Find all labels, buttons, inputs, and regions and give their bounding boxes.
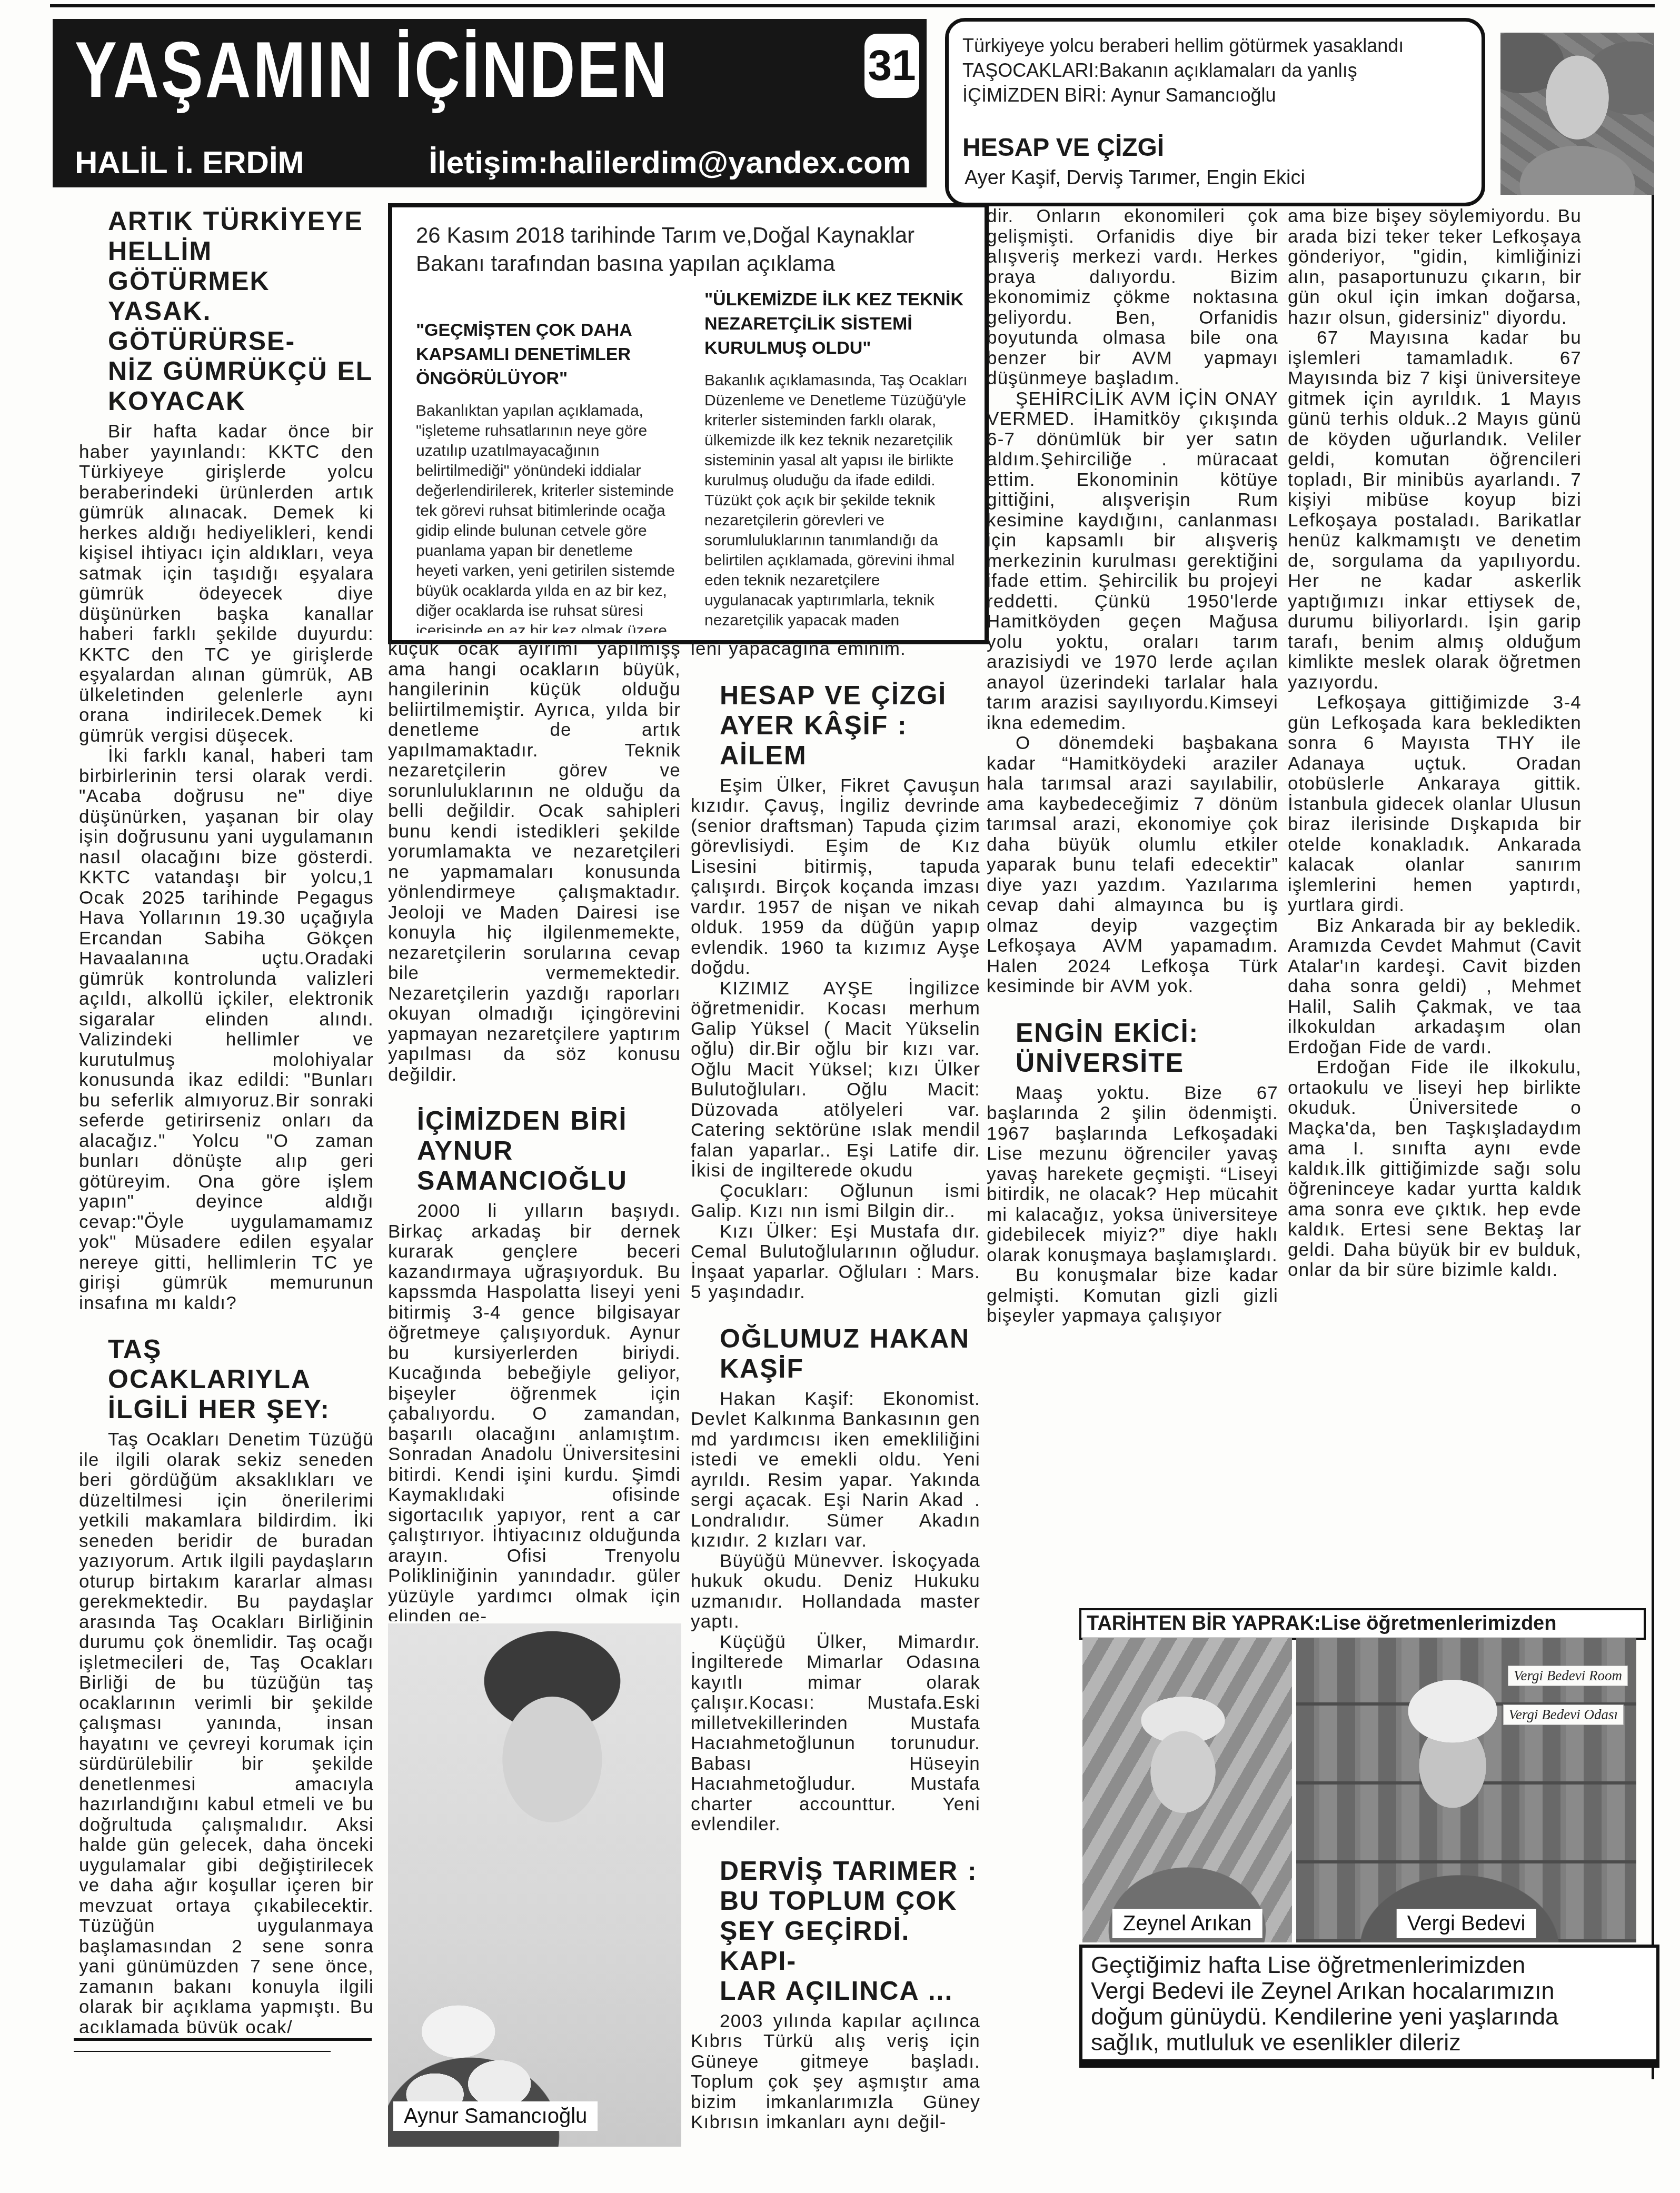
column-3: leni yapacağına eminim.HESAP VE ÇİZGİ AY…	[691, 639, 980, 2193]
press-release-body: Bakanlıktan yapılan açıklamada, "işletem…	[416, 401, 679, 633]
headline-box: Türkiyeye yolcu beraberi hellim götürmek…	[945, 18, 1485, 206]
headline-line: İÇİMİZDEN BİRİ: Aynur Samancıoğlu	[962, 83, 1276, 107]
contact-email: İletişim:halilerdim@yandex.com	[429, 144, 911, 181]
headline-line: TAŞOCAKLARI:Bakanın açıklamaları da yanl…	[962, 58, 1357, 83]
section-heading: ARTIK TÜRKİYEYE HELLİM GÖTÜRMEK YASAK. G…	[79, 206, 374, 416]
paragraph: Lefkoşaya gittiğimizde 3-4 gün Lefkoşada…	[1288, 693, 1582, 916]
tarihten-heading: TARİHTEN BİR YAPRAK:Lise öğretmenlerimiz…	[1079, 1608, 1646, 1640]
page-title: YAŞAMIN İÇİNDEN	[75, 24, 669, 115]
column-end-rule	[74, 2051, 331, 2052]
paragraph: Taş Ocakları Denetim Tüzüğü ile ilgili o…	[79, 1430, 374, 2033]
section-heading: OĞLUMUZ HAKAN KAŞİF	[691, 1324, 980, 1384]
paragraph: ama bize bişey söylemiyordu. Bu arada bi…	[1288, 206, 1582, 328]
headline-line: Türkiyeye yolcu beraberi hellim götürmek…	[962, 33, 1404, 58]
paragraph: Hakan Kaşif: Ekonomist. Devlet Kalkınma …	[691, 1389, 980, 1551]
photo-caption: Vergi Bedevi	[1397, 1909, 1536, 1938]
paragraph: leni yapacağına eminim.	[691, 639, 980, 660]
paragraph: Çocukları: Oğlunun ismi Galip. Kızı nın …	[691, 1181, 980, 1222]
zeynel-arikan-photo: Zeynel Arıkan	[1082, 1638, 1292, 1942]
author-name: HALİL İ. ERDİM	[75, 144, 304, 181]
tarihten-caption: Geçtiğimiz hafta Lise öğretmenlerimizden…	[1079, 1945, 1659, 2068]
program-authors: Ayer Kaşif, Derviş Tarımer, Engin Ekici	[965, 167, 1305, 190]
paragraph: Erdoğan Fide ile ilkokulu, ortaokulu ve …	[1288, 1058, 1582, 1281]
paragraph: Kızı Ülker: Eşi Mustafa dır. Cemal Bulut…	[691, 1222, 980, 1303]
paragraph: 2003 yılında kapılar açılınca Kıbrıs Tür…	[691, 2011, 980, 2133]
column-5: ama bize bişey söylemiyordu. Bu arada bi…	[1288, 206, 1582, 1612]
paragraph: Küçüğü Ülker, Mimardır. İngilterede Mima…	[691, 1632, 980, 1835]
columnist-portrait-photo	[1500, 33, 1654, 195]
paragraph: küçük ocak ayırımı yapılmışş ama hangi o…	[388, 639, 681, 1085]
top-rule	[50, 4, 1655, 7]
paragraph: Büyüğü Münevver. İskoçyada hukuk okudu. …	[691, 1551, 980, 1632]
section-heading: DERVİŞ TARIMER : BU TOPLUM ÇOK ŞEY GEÇİR…	[691, 1856, 980, 2006]
paragraph: ŞEHİRCİLİK AVM İÇİN ONAY VERMED. İHamitk…	[987, 389, 1278, 734]
paragraph: Biz Ankarada bir ay bekledik. Aramızda C…	[1288, 916, 1582, 1058]
column-2: küçük ocak ayırımı yapılmışş ama hangi o…	[388, 639, 681, 1621]
paragraph: KIZIMIZ AYŞE İngilizce öğretmenidir. Koc…	[691, 979, 980, 1181]
column-end-rule	[74, 2038, 372, 2041]
press-release-subheading: "ÜLKEMİZDE İLK KEZ TEKNİK NEZARETÇİLİK S…	[704, 287, 968, 360]
paragraph: Maaş yoktu. Bize 67 başlarında 2 şilin ö…	[987, 1083, 1278, 1266]
section-heading: HESAP VE ÇİZGİ AYER KÂŞİF : AİLEM	[691, 681, 980, 771]
page-right-rule	[1652, 74, 1654, 2079]
paragraph: dir. Onların ekonomileri çok gelişmişti.…	[987, 206, 1278, 389]
paragraph: O dönemdeki başbakana kadar “Hamitköydek…	[987, 733, 1278, 997]
press-release-box: 26 Kasım 2018 tarihinde Tarım ve,Doğal K…	[388, 203, 989, 644]
paragraph: 2000 li yılların başıydı. Birkaç arkadaş…	[388, 1201, 681, 1621]
aynur-samancioglu-photo: Aynur Samancıoğlu	[388, 1623, 681, 2147]
page-number-badge: 31	[864, 34, 919, 98]
newspaper-page: YAŞAMIN İÇİNDEN 31 HALİL İ. ERDİM İletiş…	[0, 0, 1680, 2193]
press-release-title: 26 Kasım 2018 tarihinde Tarım ve,Doğal K…	[416, 221, 916, 278]
photo-caption: Zeynel Arıkan	[1112, 1909, 1263, 1938]
press-release-right-column: "ÜLKEMİZDE İLK KEZ TEKNİK NEZARETÇİLİK S…	[704, 287, 968, 633]
program-title: HESAP VE ÇİZGİ	[962, 133, 1164, 162]
section-heading: ENGİN EKİCİ: ÜNİVERSİTE	[987, 1018, 1278, 1078]
column-1: ARTIK TÜRKİYEYE HELLİM GÖTÜRMEK YASAK. G…	[79, 206, 374, 2033]
shelf-label: Vergi Bedevi Odası	[1503, 1704, 1624, 1725]
vergi-bedevi-photo: Vergi Bedevi Room Vergi Bedevi Odası Ver…	[1296, 1638, 1636, 1942]
press-release-subheading: "GEÇMİŞTEN ÇOK DAHA KAPSAMLI DENETİMLER …	[416, 318, 679, 391]
shelf-label: Vergi Bedevi Room	[1508, 1666, 1628, 1686]
paragraph: 67 Mayısına kadar bu işlemleri tamamladı…	[1288, 328, 1582, 693]
press-release-left-column: "GEÇMİŞTEN ÇOK DAHA KAPSAMLI DENETİMLER …	[416, 287, 679, 633]
paragraph: İki farklı kanal, haberi tam birbirlerin…	[79, 746, 374, 1313]
column-4: dir. Onların ekonomileri çok gelişmişti.…	[987, 206, 1278, 1607]
paragraph: Bir hafta kadar önce bir haber yayınland…	[79, 422, 374, 746]
section-heading: İÇİMİZDEN BİRİ AYNUR SAMANCIOĞLU	[388, 1106, 681, 1196]
section-heading: TAŞ OCAKLARIYLA İLGİLİ HER ŞEY:	[79, 1334, 374, 1424]
press-release-body: Bakanlık açıklamasında, Taş Ocakları Düz…	[704, 371, 968, 633]
paragraph: Eşim Ülker, Fikret Çavuşun kızıdır. Çavu…	[691, 776, 980, 979]
photo-caption: Aynur Samancıoğlu	[393, 2101, 598, 2131]
masthead: YAŞAMIN İÇİNDEN 31 HALİL İ. ERDİM İletiş…	[53, 19, 927, 187]
paragraph: Bu konuşmalar bize kadar gelmişti. Komut…	[987, 1265, 1278, 1327]
